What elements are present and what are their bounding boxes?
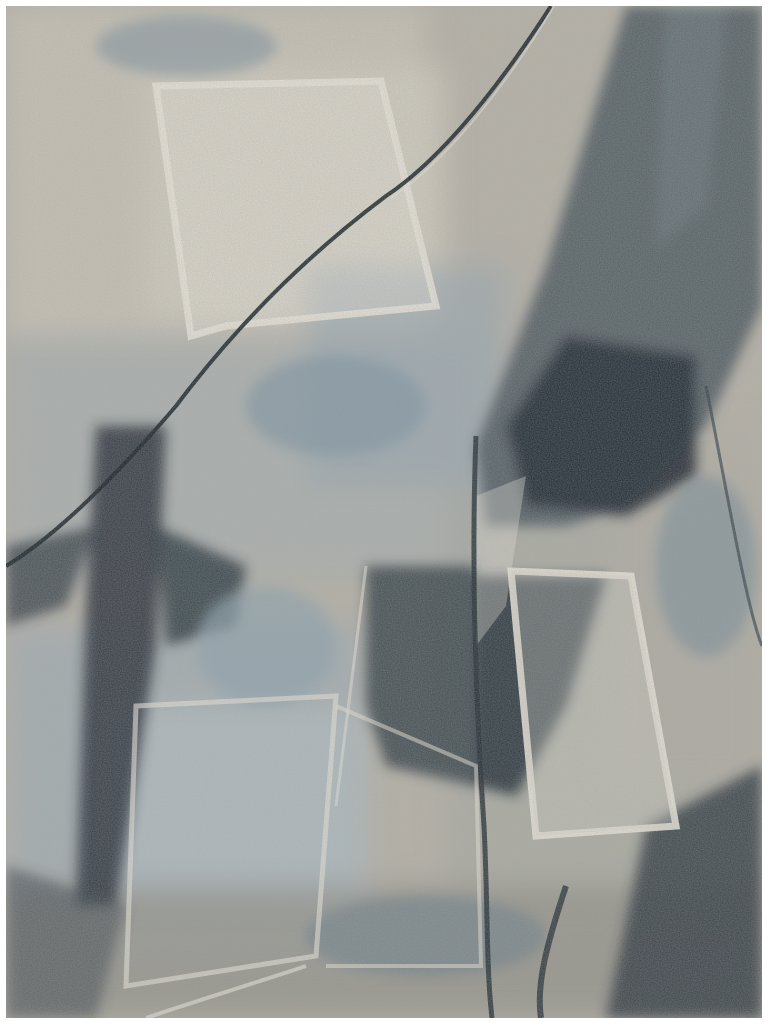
rug-artwork <box>6 6 762 1018</box>
abstract-rug-image <box>6 6 762 1018</box>
